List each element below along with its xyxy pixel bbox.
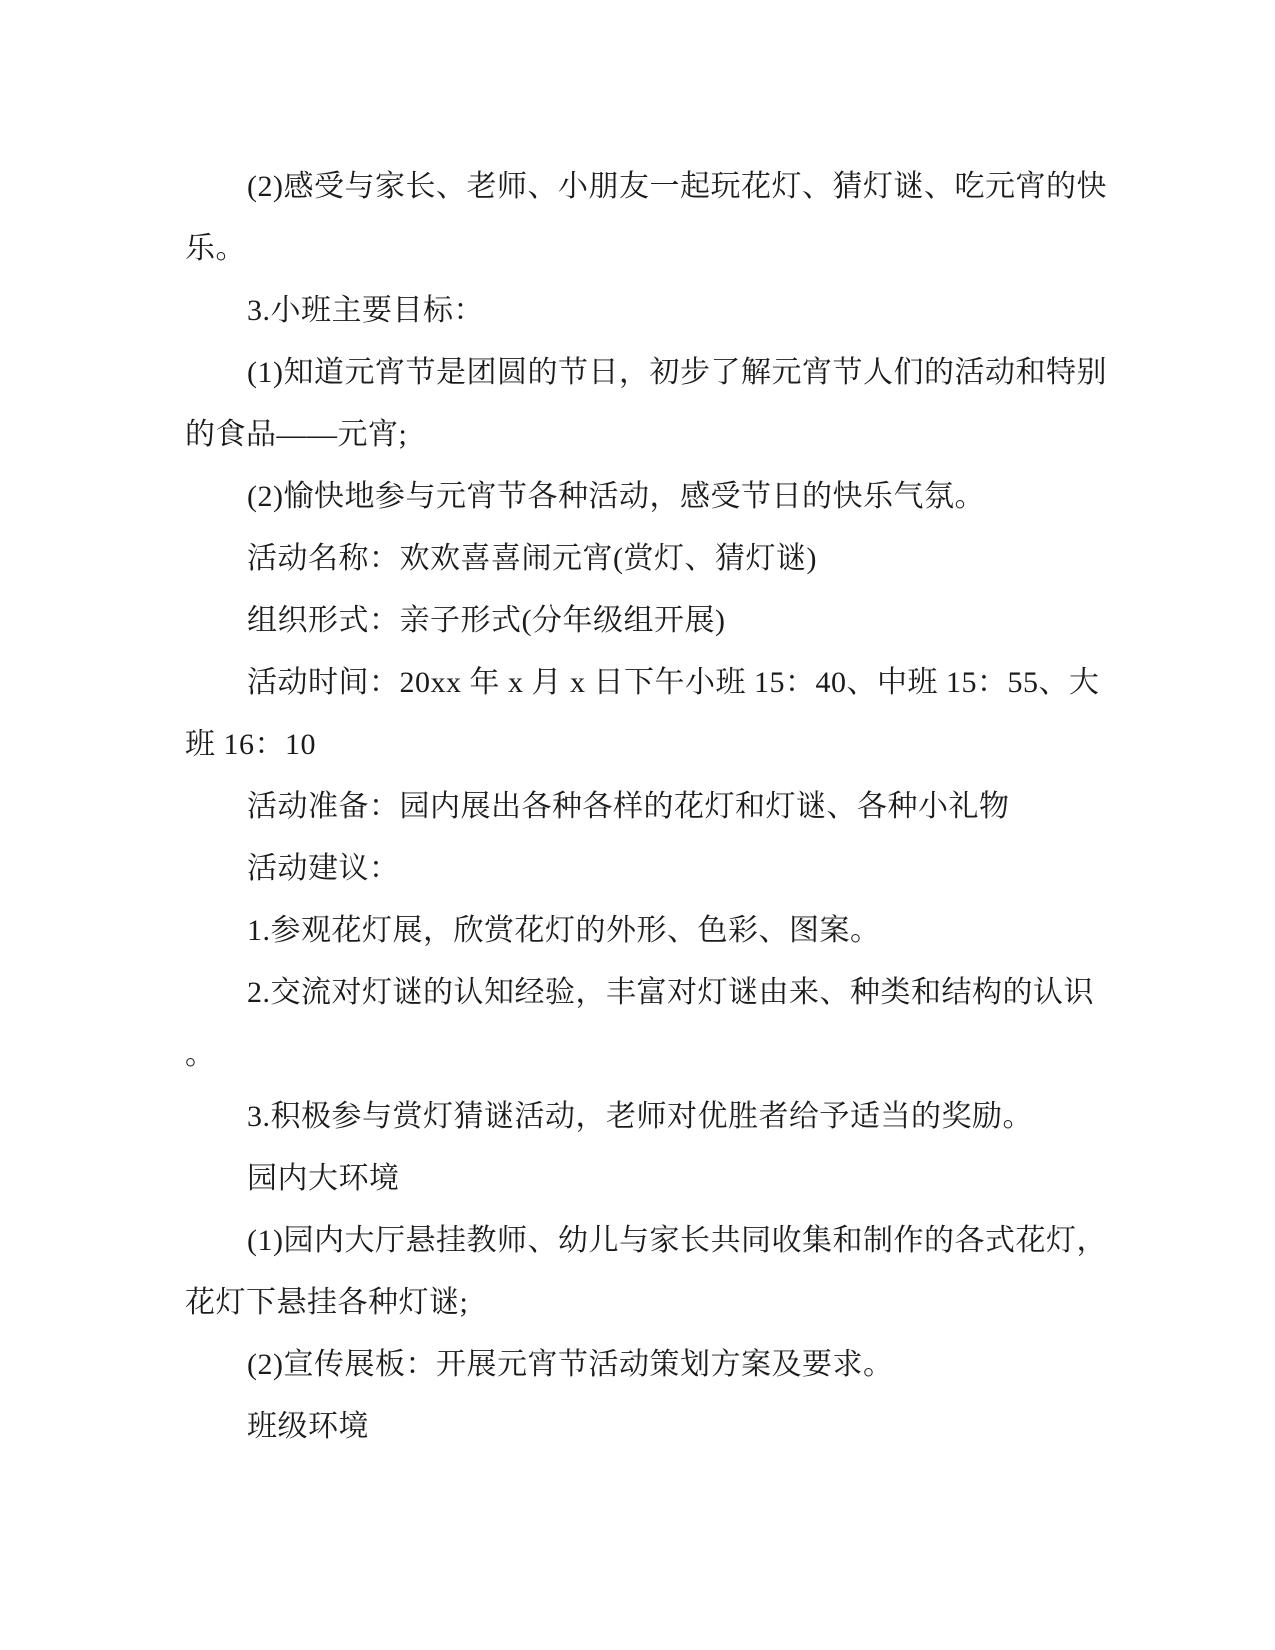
text-line: 活动准备：园内展出各种各样的花灯和灯谜、各种小礼物 xyxy=(185,776,1130,838)
text-block: (2)感受与家长、老师、小朋友一起玩花灯、猜灯谜、吃元宵的快乐。3.小班主要目标… xyxy=(185,156,1130,1458)
text-line: 2.交流对灯谜的认知经验，丰富对灯谜由来、种类和结构的认识 xyxy=(185,962,1130,1024)
text-line: 花灯下悬挂各种灯谜; xyxy=(185,1272,1130,1334)
text-line: 的食品——元宵; xyxy=(185,404,1130,466)
text-line: 活动名称：欢欢喜喜闹元宵(赏灯、猜灯谜) xyxy=(185,528,1130,590)
text-line: 活动建议： xyxy=(185,838,1130,900)
text-line: 乐。 xyxy=(185,218,1130,280)
text-line: 。 xyxy=(185,1024,1130,1086)
text-line: (1)园内大厅悬挂教师、幼儿与家长共同收集和制作的各式花灯， xyxy=(185,1210,1130,1272)
text-line: 班 16：10 xyxy=(185,714,1130,776)
text-line: 3.积极参与赏灯猜谜活动，老师对优胜者给予适当的奖励。 xyxy=(185,1086,1130,1148)
text-line: 活动时间：20xx 年 x 月 x 日下午小班 15：40、中班 15：55、大 xyxy=(185,652,1130,714)
text-line: (2)感受与家长、老师、小朋友一起玩花灯、猜灯谜、吃元宵的快 xyxy=(185,156,1130,218)
text-line: (2)愉快地参与元宵节各种活动，感受节日的快乐气氛。 xyxy=(185,466,1130,528)
text-line: 园内大环境 xyxy=(185,1148,1130,1210)
text-line: 1.参观花灯展，欣赏花灯的外形、色彩、图案。 xyxy=(185,900,1130,962)
text-line: (2)宣传展板：开展元宵节活动策划方案及要求。 xyxy=(185,1334,1130,1396)
text-line: 3.小班主要目标： xyxy=(185,280,1130,342)
text-line: 班级环境 xyxy=(185,1396,1130,1458)
text-line: (1)知道元宵节是团圆的节日，初步了解元宵节人们的活动和特别 xyxy=(185,342,1130,404)
text-line: 组织形式：亲子形式(分年级组开展) xyxy=(185,590,1130,652)
document-page: (2)感受与家长、老师、小朋友一起玩花灯、猜灯谜、吃元宵的快乐。3.小班主要目标… xyxy=(0,0,1275,1650)
